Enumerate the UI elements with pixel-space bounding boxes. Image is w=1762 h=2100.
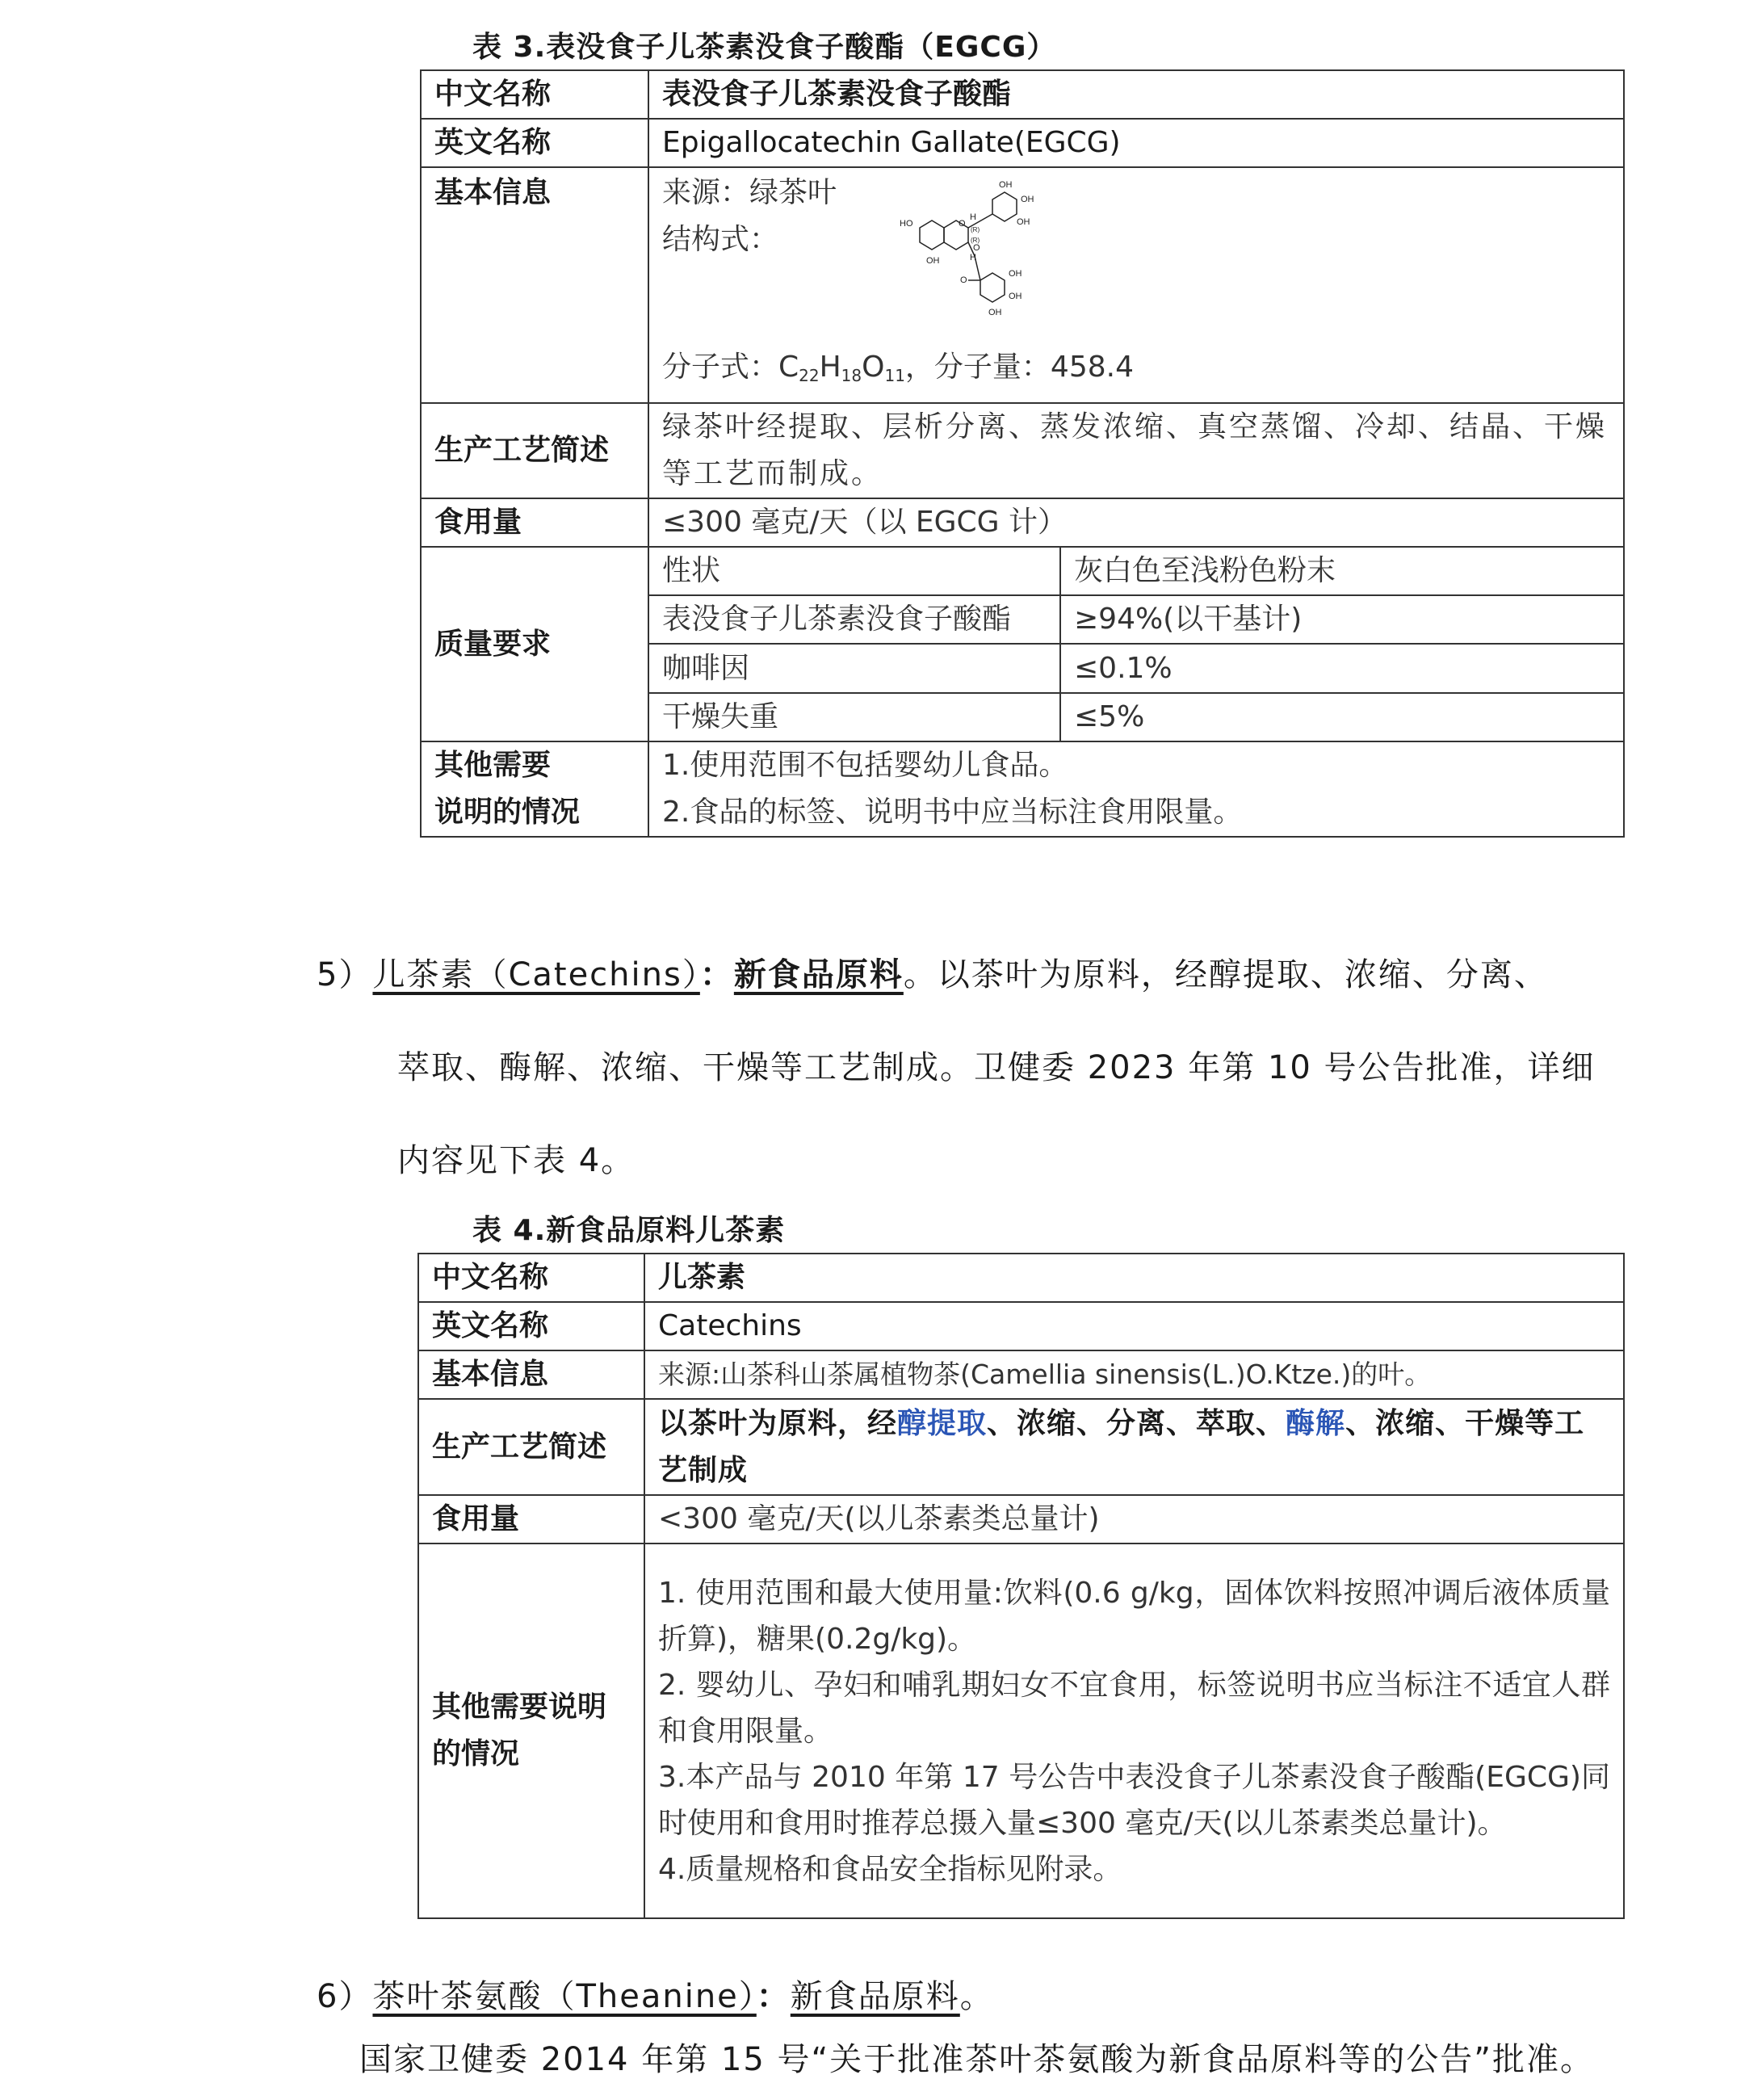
svg-text:OH: OH (926, 256, 940, 266)
table4-row-intake: 食用量 <300 毫克/天(以儿茶素类总量计) (418, 1495, 1624, 1543)
basic-info-cell: 来源：绿茶叶 结构式： OH OH OH HO (648, 167, 1624, 403)
table4-row-notes: 其他需要说明的情况 1. 使用范围和最大使用量:饮料(0.6 g/kg，固体饮料… (418, 1543, 1624, 1918)
section6-heading: 6）茶叶茶氨酸（Theanine）：新食品原料。 (317, 1971, 994, 2017)
section5-name: 儿茶素（Catechins） (372, 956, 699, 993)
svg-text:H: H (970, 212, 976, 222)
svg-text:HO: HO (900, 219, 913, 229)
svg-text:(R): (R) (971, 226, 980, 233)
svg-text:OH: OH (1009, 292, 1022, 301)
row-value: ≤300 毫克/天（以 EGCG 计） (648, 498, 1624, 547)
quality-item-value: ≤5% (1060, 693, 1624, 741)
link-alcohol-extraction[interactable]: 醇提取 (897, 1407, 987, 1440)
row-label: 质量要求 (421, 547, 648, 741)
section5-heading: 5）儿茶素（Catechins）：新食品原料。以茶叶为原料，经醇提取、浓缩、分离… (317, 949, 1548, 995)
process-cell: 以茶叶为原料，经醇提取、浓缩、分离、萃取、酶解、浓缩、干燥等工艺制成 (644, 1399, 1624, 1495)
table4-row-process: 生产工艺简述 以茶叶为原料，经醇提取、浓缩、分离、萃取、酶解、浓缩、干燥等工艺制… (418, 1399, 1624, 1495)
svg-text:OH: OH (1017, 217, 1030, 227)
note-item: 2. 婴幼儿、孕妇和哺乳期妇女不宜食用，标签说明书应当标注不适宜人群和食用限量。 (658, 1662, 1610, 1754)
section6-line2: 国家卫健委 2014 年第 15 号“关于批准茶叶茶氨酸为新食品原料等的公告”批… (359, 2034, 1594, 2080)
table4-row-en-name: 英文名称 Catechins (418, 1302, 1624, 1350)
quality-item-value: ≥94%(以干基计) (1060, 595, 1624, 644)
row-label: 其他需要 说明的情况 (421, 741, 648, 837)
source-text: 来源：绿茶叶 (662, 170, 1610, 216)
note-item: 1. 使用范围和最大使用量:饮料(0.6 g/kg，固体饮料按照冲调后液体质量折… (658, 1570, 1610, 1662)
svg-text:OH: OH (999, 180, 1013, 190)
section5-type: 新食品原料 (734, 956, 904, 993)
quality-item-value: ≤0.1% (1060, 644, 1624, 693)
table3-row-process: 生产工艺简述 绿茶叶经提取、层析分离、蒸发浓缩、真空蒸馏、冷却、结晶、干燥等工艺… (421, 403, 1624, 498)
svg-text:H: H (970, 253, 976, 262)
row-label: 英文名称 (418, 1302, 644, 1350)
table4: 中文名称 儿茶素 英文名称 Catechins 基本信息 来源:山茶科山茶属植物… (417, 1253, 1625, 1919)
row-value: <300 毫克/天(以儿茶素类总量计) (644, 1495, 1624, 1543)
svg-text:OH: OH (1009, 269, 1022, 279)
table4-row-cn-name: 中文名称 儿茶素 (418, 1254, 1624, 1302)
table3-row-intake: 食用量 ≤300 毫克/天（以 EGCG 计） (421, 498, 1624, 547)
quality-item-name: 表没食子儿茶素没食子酸酯 (648, 595, 1060, 644)
table3: 中文名称 表没食子儿茶素没食子酸酯 英文名称 Epigallocatechin … (420, 69, 1625, 838)
quality-item-name: 干燥失重 (648, 693, 1060, 741)
svg-text:O: O (973, 243, 980, 253)
row-label: 生产工艺简述 (418, 1399, 644, 1495)
quality-item-name: 咖啡因 (648, 644, 1060, 693)
row-value: 绿茶叶经提取、层析分离、蒸发浓缩、真空蒸馏、冷却、结晶、干燥等工艺而制成。 (648, 403, 1624, 498)
svg-text:(R): (R) (971, 237, 980, 244)
section5-line2: 萃取、酶解、浓缩、干燥等工艺制成。卫健委 2023 年第 10 号公告批准，详细 (397, 1042, 1596, 1088)
row-value: Epigallocatechin Gallate(EGCG) (648, 119, 1624, 167)
link-enzymolysis[interactable]: 酶解 (1286, 1407, 1345, 1440)
row-value: 表没食子儿茶素没食子酸酯 (648, 70, 1624, 119)
table3-caption: 表 3.表没食子儿茶素没食子酸酯（EGCG） (472, 24, 1056, 65)
quality-item-name: 性状 (648, 547, 1060, 595)
svg-text:OH: OH (988, 308, 1002, 317)
row-label: 食用量 (418, 1495, 644, 1543)
table3-row-basic-info: 基本信息 来源：绿茶叶 结构式： OH OH OH (421, 167, 1624, 403)
row-label: 其他需要说明的情况 (418, 1543, 644, 1918)
note-item: 4.质量规格和食品安全指标见附录。 (658, 1846, 1610, 1892)
row-value: 来源:山茶科山茶属植物茶(Camellia sinensis(L.)O.Ktze… (644, 1350, 1624, 1399)
svg-text:OH: OH (1021, 195, 1034, 204)
row-value: Catechins (644, 1302, 1624, 1350)
row-label: 中文名称 (418, 1254, 644, 1302)
table3-quality-row: 质量要求 性状 灰白色至浅粉色粉末 (421, 547, 1624, 595)
egcg-structure-image: OH OH OH HO OH OH OH OH H H O O O (R) (R… (887, 179, 1081, 333)
row-value: 儿茶素 (644, 1254, 1624, 1302)
row-label: 食用量 (421, 498, 648, 547)
row-label: 中文名称 (421, 70, 648, 119)
section5-line3: 内容见下表 4。 (397, 1135, 635, 1181)
structure-label: 结构式： (662, 216, 1610, 263)
formula-text: 分子式：C22H18O11，分子量：458.4 (662, 344, 1134, 399)
row-label: 生产工艺简述 (421, 403, 648, 498)
quality-item-value: 灰白色至浅粉色粉末 (1060, 547, 1624, 595)
note-item: 2.食品的标签、说明书中应当标注食用限量。 (662, 789, 1610, 836)
table3-row-notes: 其他需要 说明的情况 1.使用范围不包括婴幼儿食品。 2.食品的标签、说明书中应… (421, 741, 1624, 837)
row-label: 基本信息 (418, 1350, 644, 1399)
note-item: 3.本产品与 2010 年第 17 号公告中表没食子儿茶素没食子酸酯(EGCG)… (658, 1754, 1610, 1846)
table3-row-cn-name: 中文名称 表没食子儿茶素没食子酸酯 (421, 70, 1624, 119)
notes-cell: 1. 使用范围和最大使用量:饮料(0.6 g/kg，固体饮料按照冲调后液体质量折… (644, 1543, 1624, 1918)
section6-type: 新食品原料 (791, 1978, 960, 2015)
row-label: 基本信息 (421, 167, 648, 403)
row-label: 英文名称 (421, 119, 648, 167)
table4-row-basic-info: 基本信息 来源:山茶科山茶属植物茶(Camellia sinensis(L.)O… (418, 1350, 1624, 1399)
svg-text:O: O (959, 219, 966, 229)
section6-name: 茶叶茶氨酸（Theanine） (372, 1978, 756, 2015)
svg-text:O: O (960, 275, 967, 285)
table3-row-en-name: 英文名称 Epigallocatechin Gallate(EGCG) (421, 119, 1624, 167)
table4-caption: 表 4.新食品原料儿茶素 (472, 1207, 785, 1249)
note-item: 1.使用范围不包括婴幼儿食品。 (662, 742, 1610, 789)
notes-cell: 1.使用范围不包括婴幼儿食品。 2.食品的标签、说明书中应当标注食用限量。 (648, 741, 1624, 837)
